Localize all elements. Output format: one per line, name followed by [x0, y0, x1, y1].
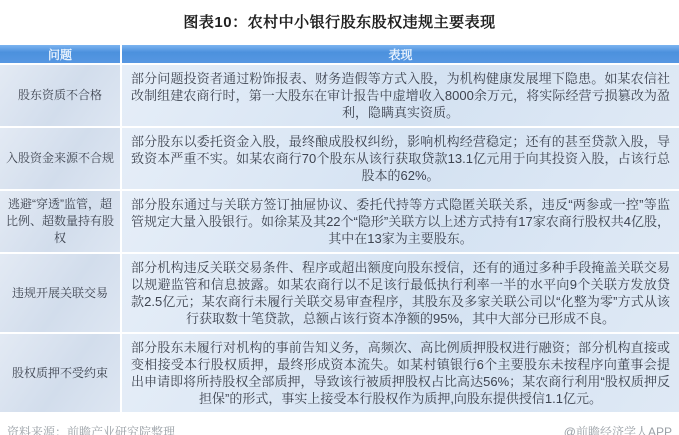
- table-row: 股权质押不受约束 部分股东未履行对机构的事前告知义务，高频次、高比例质押股权进行…: [0, 334, 679, 412]
- problem-label: 违规开展关联交易: [12, 285, 108, 302]
- problem-label: 股权质押不受约束: [12, 365, 108, 382]
- detail-cell: 部分问题投资者通过粉饰报表、财务造假等方式入股，为机构健康发展埋下隐患。如某农信…: [122, 65, 679, 126]
- detail-text: 部分股东未履行对机构的事前告知义务，高频次、高比例质押股权进行融资；部分机构直接…: [131, 339, 670, 407]
- detail-cell: 部分机构违反关联交易条件、程序或超出额度向股东授信，还有的通过多种手段掩盖关联交…: [122, 254, 679, 332]
- header-cell-detail: 表现: [122, 45, 679, 63]
- table-header-row: 问题 表现: [0, 45, 679, 63]
- infographic-page: 图表10：农村中小银行股东股权违规主要表现 问题 表现 股东资质不合格 部分问题…: [0, 0, 679, 435]
- watermark: @前瞻经济学人APP: [564, 423, 672, 435]
- problem-label: 入股资金来源不合规: [6, 150, 114, 167]
- table-row: 股东资质不合格 部分问题投资者通过粉饰报表、财务造假等方式入股，为机构健康发展埋…: [0, 65, 679, 126]
- footer: 资料来源：前瞻产业研究院整理 @前瞻经济学人APP: [0, 414, 679, 435]
- header-cell-problem: 问题: [0, 45, 120, 63]
- problem-cell: 入股资金来源不合规: [0, 128, 120, 189]
- detail-cell: 部分股东未履行对机构的事前告知义务，高频次、高比例质押股权进行融资；部分机构直接…: [122, 334, 679, 412]
- detail-cell: 部分股东以委托资金入股，最终酿成股权纠纷，影响机构经营稳定；还有的甚至贷款入股，…: [122, 128, 679, 189]
- problem-cell: 股权质押不受约束: [0, 334, 120, 412]
- page-title: 图表10：农村中小银行股东股权违规主要表现: [0, 0, 679, 45]
- table-row: 逃避“穿透”监管，超比例、超数量持有股权 部分股东通过与关联方签订抽屉协议、委托…: [0, 191, 679, 252]
- problem-label: 股东资质不合格: [18, 87, 102, 104]
- problem-cell: 逃避“穿透”监管，超比例、超数量持有股权: [0, 191, 120, 252]
- problem-cell: 违规开展关联交易: [0, 254, 120, 332]
- problem-label: 逃避“穿透”监管，超比例、超数量持有股权: [6, 196, 114, 247]
- detail-text: 部分机构违反关联交易条件、程序或超出额度向股东授信，还有的通过多种手段掩盖关联交…: [131, 259, 670, 327]
- detail-text: 部分股东通过与关联方签订抽屉协议、委托代持等方式隐匿关联关系，违反“两参或一控”…: [131, 196, 670, 247]
- detail-cell: 部分股东通过与关联方签订抽屉协议、委托代持等方式隐匿关联关系，违反“两参或一控”…: [122, 191, 679, 252]
- table-row: 入股资金来源不合规 部分股东以委托资金入股，最终酿成股权纠纷，影响机构经营稳定；…: [0, 128, 679, 189]
- source-note: 资料来源：前瞻产业研究院整理: [7, 423, 175, 435]
- violations-table: 问题 表现 股东资质不合格 部分问题投资者通过粉饰报表、财务造假等方式入股，为机…: [0, 45, 679, 412]
- detail-text: 部分股东以委托资金入股，最终酿成股权纠纷，影响机构经营稳定；还有的甚至贷款入股，…: [131, 133, 670, 184]
- detail-text: 部分问题投资者通过粉饰报表、财务造假等方式入股，为机构健康发展埋下隐患。如某农信…: [131, 70, 670, 121]
- problem-cell: 股东资质不合格: [0, 65, 120, 126]
- table-row: 违规开展关联交易 部分机构违反关联交易条件、程序或超出额度向股东授信，还有的通过…: [0, 254, 679, 332]
